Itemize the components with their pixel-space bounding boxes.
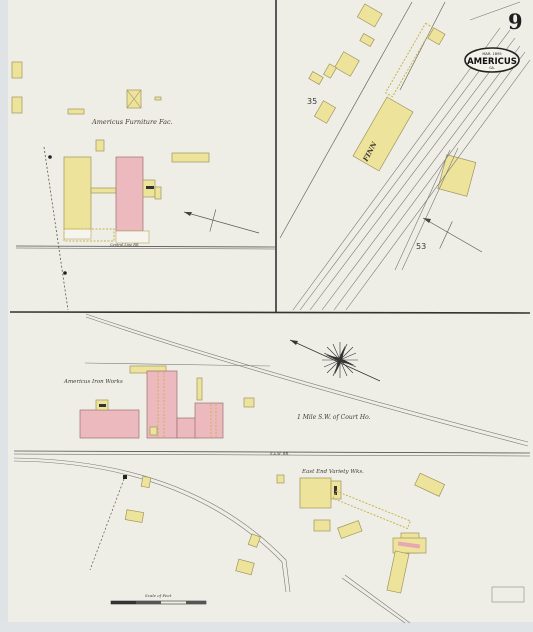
scale-bar xyxy=(111,601,206,604)
scale-label: Scale of Feet xyxy=(145,593,172,598)
map-sheet: Americus Furniture Fac. Central Line RR xyxy=(0,0,533,632)
page-number: 9 xyxy=(508,9,523,34)
furniture-factory-title: Americus Furniture Fac. xyxy=(91,118,173,126)
panel-bottom xyxy=(14,314,530,623)
panel-top-left xyxy=(12,62,275,310)
stamp-state: GA. xyxy=(489,66,495,70)
block-number-53: 53 xyxy=(416,242,426,251)
map-canvas: Americus Furniture Fac. Central Line RR xyxy=(0,0,533,632)
compass-rose xyxy=(290,340,380,381)
railroad-label: S.A.M. RR. xyxy=(270,452,289,456)
top-left-street-label: Central Line RR xyxy=(110,243,139,247)
block-number-35: 35 xyxy=(307,97,317,106)
variety-works-title: East End Variety Wks. xyxy=(301,469,364,475)
iron-works-title: Americus Iron Works xyxy=(63,379,123,385)
stamp-date: MAR. 1895 xyxy=(482,52,501,56)
location-note: 1 Mile S.W. of Court Ho. xyxy=(297,414,371,421)
